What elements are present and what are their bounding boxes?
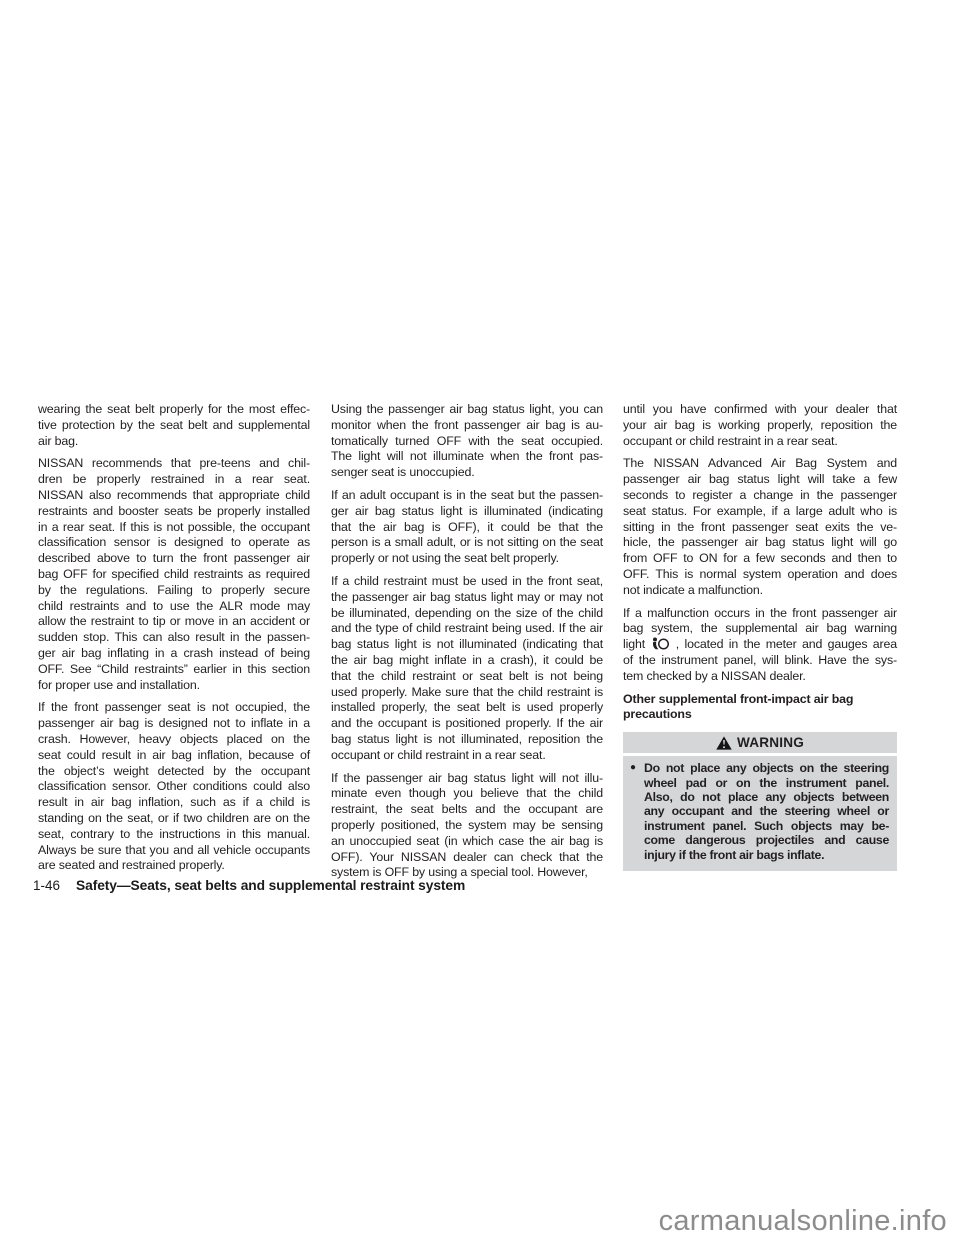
text-line: installed properly, the seat belt is use… xyxy=(331,700,603,716)
text-line: that the child restraint or seat belt is… xyxy=(331,669,603,685)
text-column-1: wearing the seat belt properly for the m… xyxy=(38,402,310,881)
watermark-link[interactable]: carmanualsonline.info xyxy=(659,1205,947,1238)
text-line: from OFF to ON for a few seconds and the… xyxy=(623,551,897,567)
paragraph: NISSAN recommends that pre-teens and chi… xyxy=(38,456,310,693)
text-line: properly or not using the seat belt prop… xyxy=(331,551,603,567)
text-line: classification sensor. Other conditions … xyxy=(38,779,310,795)
airbag-warning-light-icon xyxy=(651,637,669,650)
text-line: allow the restraint to tip or move in an… xyxy=(38,614,310,630)
text-line: precautions xyxy=(623,707,897,723)
text-line: bag OFF for specified child restraints a… xyxy=(38,567,310,583)
text-line: an unoccupied seat (in which case the ai… xyxy=(331,834,603,850)
text-line: your air bag is working properly, reposi… xyxy=(623,418,897,434)
text-line: result in air bag inflation, such as if … xyxy=(38,795,310,811)
page-number: 1-46 xyxy=(33,878,60,893)
page-footer: 1-46 Safety—Seats, seat belts and supple… xyxy=(33,878,465,893)
warning-bullet-text: Do not place any objects on the steering… xyxy=(644,761,889,862)
text-line: If an adult occupant is in the seat but … xyxy=(331,488,603,504)
text-line: bag status light is not illuminated (ind… xyxy=(331,637,603,653)
text-line: air bag. xyxy=(38,434,310,450)
manual-page: wearing the seat belt properly for the m… xyxy=(0,0,960,1242)
text-line: sudden stop. This can also result in the… xyxy=(38,630,310,646)
text-line: ger air bag inflating in a crash instead… xyxy=(38,646,310,662)
text-line: monitor when the front passenger air bag… xyxy=(331,418,603,434)
text-line: injury if the front air bags inflate. xyxy=(644,848,889,862)
text-line: tomatically turned OFF with the seat occ… xyxy=(331,434,603,450)
text-line: OFF. See “Child restraints” earlier in t… xyxy=(38,662,310,678)
text-line: Always be sure that you and all vehicle … xyxy=(38,843,310,859)
paragraph: The NISSAN Advanced Air Bag System andpa… xyxy=(623,456,897,598)
text-line: the object’s weight detected by the occu… xyxy=(38,764,310,780)
paragraph: until you have confirmed with your deale… xyxy=(623,402,897,449)
text-line: seat, contrary to the instructions in th… xyxy=(38,827,310,843)
paragraph: If a malfunction occurs in the front pas… xyxy=(623,606,897,685)
text-line: instrument panel. Such objects may be- xyxy=(644,819,889,833)
text-line: sitting in the front passenger seat exit… xyxy=(623,520,897,536)
warning-box: WARNING●Do not place any objects on the … xyxy=(623,732,897,871)
text-line: seat could result in air bag inflation, … xyxy=(38,748,310,764)
paragraph: If an adult occupant is in the seat but … xyxy=(331,488,603,567)
text-line: the passenger air bag status light may o… xyxy=(331,590,603,606)
text-line: person is a small adult, or is not sitti… xyxy=(331,535,603,551)
text-line: The NISSAN Advanced Air Bag System and xyxy=(623,456,897,472)
paragraph: If the passenger air bag status light wi… xyxy=(331,771,603,882)
text-line: seconds to register a change in the pass… xyxy=(623,488,897,504)
text-line: and the type of child restraint being us… xyxy=(331,621,603,637)
text-line: Also, do not place any objects between xyxy=(644,790,889,804)
warning-triangle-icon xyxy=(716,736,732,750)
text-line: Using the passenger air bag status light… xyxy=(331,402,603,418)
text-line: are seated and restrained properly. xyxy=(38,858,310,874)
text-line: bag status light is not illuminated, rep… xyxy=(331,732,603,748)
text-line: light , located in the meter and gauges … xyxy=(623,637,897,653)
text-line: seat status. For example, if a large adu… xyxy=(623,504,897,520)
text-line: Do not place any objects on the steering xyxy=(644,761,889,775)
text-line: restraint, the seat belts and the occupa… xyxy=(331,802,603,818)
text-line: classification sensor is designed to ope… xyxy=(38,535,310,551)
text-line: senger seat is unoccupied. xyxy=(331,465,603,481)
text-line: by the regulations. Failing to properly … xyxy=(38,583,310,599)
warning-header: WARNING xyxy=(623,732,897,756)
text-line: occupant or child restraint in a rear se… xyxy=(331,748,603,764)
warning-body: ●Do not place any objects on the steerin… xyxy=(623,756,897,871)
section-heading: Other supplemental front-impact air bagp… xyxy=(623,692,897,724)
paragraph: wearing the seat belt properly for the m… xyxy=(38,402,310,449)
text-line: If a malfunction occurs in the front pas… xyxy=(623,606,897,622)
text-line: child restraints and to use the ALR mode… xyxy=(38,599,310,615)
text-line: any occupant and the steering wheel or xyxy=(644,804,889,818)
text-line: used properly. Make sure that the child … xyxy=(331,685,603,701)
text-line: the air bag might inflate in a crash), i… xyxy=(331,653,603,669)
bullet-icon: ● xyxy=(630,761,644,862)
text-line: described above to turn the front passen… xyxy=(38,551,310,567)
text-line: come dangerous projectiles and cause xyxy=(644,833,889,847)
text-line: of the instrument panel, will blink. Hav… xyxy=(623,653,897,669)
text-line: The light will not illuminate when the f… xyxy=(331,449,603,465)
paragraph: If the front passenger seat is not occup… xyxy=(38,700,310,874)
warning-bullet-item: ●Do not place any objects on the steerin… xyxy=(630,761,889,862)
text-column-2: Using the passenger air bag status light… xyxy=(331,402,603,888)
text-line: If a child restraint must be used in the… xyxy=(331,574,603,590)
text-line: not indicate a malfunction. xyxy=(623,583,897,599)
text-line: If the front passenger seat is not occup… xyxy=(38,700,310,716)
text-line: crash. However, heavy objects placed on … xyxy=(38,732,310,748)
text-line: NISSAN recommends that pre-teens and chi… xyxy=(38,456,310,472)
text-line: NISSAN also recommends that appropriate … xyxy=(38,488,310,504)
text-line: that the air bag is OFF), it could be th… xyxy=(331,520,603,536)
text-line: restraints and booster seats be properly… xyxy=(38,504,310,520)
text-line: minate even though you believe that the … xyxy=(331,786,603,802)
text-line: dren be properly restrained in a rear se… xyxy=(38,472,310,488)
text-line: Other supplemental front-impact air bag xyxy=(623,692,897,708)
text-line: wearing the seat belt properly for the m… xyxy=(38,402,310,418)
text-line: occupant or child restraint in a rear se… xyxy=(623,434,897,450)
paragraph: If a child restraint must be used in the… xyxy=(331,574,603,764)
paragraph: Using the passenger air bag status light… xyxy=(331,402,603,481)
text-line: and the occupant is positioned properly.… xyxy=(331,716,603,732)
text-line: hicle, the passenger air bag status ligh… xyxy=(623,535,897,551)
text-line: be illuminated, depending on the size of… xyxy=(331,606,603,622)
text-line: until you have confirmed with your deale… xyxy=(623,402,897,418)
footer-section-title: Safety—Seats, seat belts and supplementa… xyxy=(76,878,465,893)
text-line: tive protection by the seat belt and sup… xyxy=(38,418,310,434)
text-line: wheel pad or on the instrument panel. xyxy=(644,776,889,790)
text-line: passenger air bag is designed not to inf… xyxy=(38,716,310,732)
text-line: standing on the seat, or if two children… xyxy=(38,811,310,827)
text-line: If the passenger air bag status light wi… xyxy=(331,771,603,787)
text-line: in a rear seat. If this is not possible,… xyxy=(38,520,310,536)
text-line: OFF). Your NISSAN dealer can check that … xyxy=(331,850,603,866)
warning-title: WARNING xyxy=(737,735,804,751)
text-line: for proper use and installation. xyxy=(38,678,310,694)
text-line: passenger air bag status light will take… xyxy=(623,472,897,488)
text-line: properly positioned, the system may be s… xyxy=(331,818,603,834)
text-line: bag system, the supplemental air bag war… xyxy=(623,621,897,637)
text-line: OFF. This is normal system operation and… xyxy=(623,567,897,583)
text-line: tem checked by a NISSAN dealer. xyxy=(623,669,897,685)
text-line: ger air bag status light is illuminated … xyxy=(331,504,603,520)
text-column-3: until you have confirmed with your deale… xyxy=(623,402,897,871)
